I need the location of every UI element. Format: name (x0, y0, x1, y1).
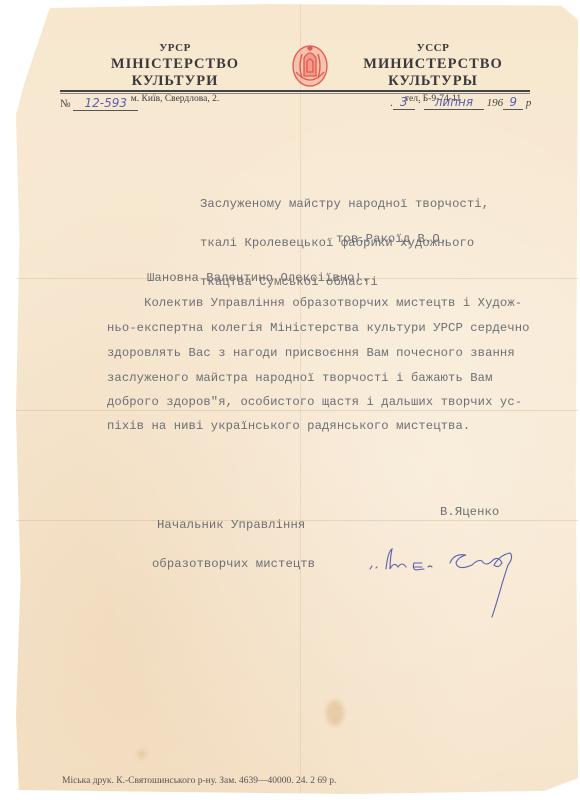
date-month: липня (424, 95, 484, 110)
body-line: здоровлять Вас з нагоди присвоєння Вам п… (107, 346, 515, 360)
ministry-ukr: МІНІСТЕРСТВО КУЛЬТУРИ (75, 56, 275, 90)
coat-of-arms-icon (290, 42, 330, 90)
date-line: .3 · липня 1969 р (390, 95, 531, 110)
title-line: образотворчих мистецтв (152, 558, 315, 571)
number-label: № (60, 98, 71, 110)
year-unit: р (526, 97, 532, 109)
addressee-line: Заслуженому майстру народної творчості, (200, 198, 489, 211)
ministry-rus: МИНИСТЕРСТВО КУЛЬТУРЫ (338, 56, 528, 90)
addressee-name: тов.Ракоїд В.О. (336, 232, 447, 246)
date-day: 3 (393, 95, 415, 110)
title-line: Начальник Управління (152, 519, 315, 532)
body-line: ньо-експертна колегія Міністерства культ… (107, 321, 530, 335)
signatory-name: В.Яценко (440, 505, 499, 519)
header-rule (60, 90, 530, 92)
body-line: Колектив Управління образотворчих мистец… (107, 296, 522, 310)
body-line: доброго здоров"я, особистого щастя і дал… (107, 395, 522, 409)
paper-stain (326, 700, 344, 726)
paper-stain (138, 750, 146, 758)
letterhead-left: УРСР МІНІСТЕРСТВО КУЛЬТУРИ м. Київ, Свер… (75, 42, 275, 104)
header-rule-thin (60, 93, 530, 94)
salutation: Шановна Валентино Олексіївно!. (147, 271, 369, 285)
body-line: заслуженого майстра народної творчості і… (107, 371, 493, 385)
handwritten-signature-icon (368, 543, 548, 623)
year-suffix: 9 (503, 95, 523, 110)
fold-crease (16, 410, 578, 411)
reference-number: № 12-593 (60, 96, 138, 111)
republic-rus: УССР (338, 42, 528, 54)
signatory-title: Начальник Управління образотворчих мисте… (152, 493, 315, 584)
body-line: піхів на ниві українського радянського м… (107, 419, 470, 433)
republic-ukr: УРСР (75, 42, 275, 54)
number-value: 12-593 (73, 96, 138, 111)
year-prefix: 196 (487, 97, 504, 109)
printer-imprint: Міська друк. К.-Святошинського р-ну. Зам… (62, 776, 336, 786)
